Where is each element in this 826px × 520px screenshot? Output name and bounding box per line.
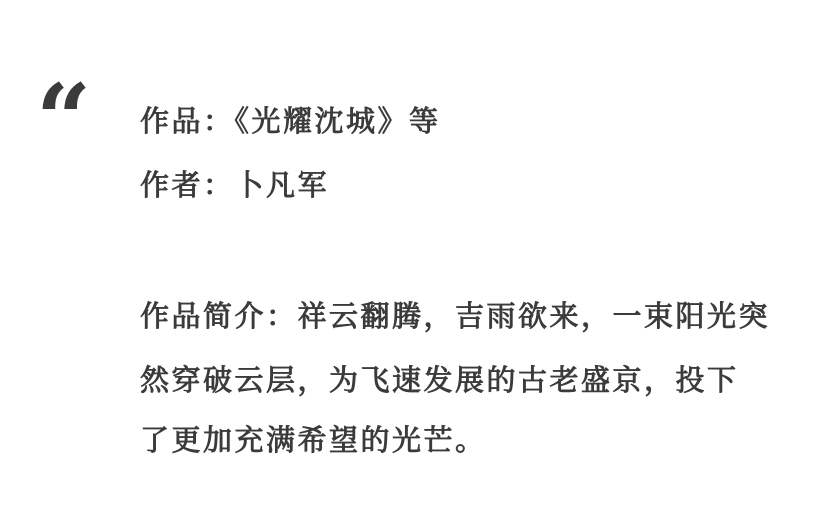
summary-line-1: 作品简介：祥云翻腾，吉雨欲来，一束阳光突 xyxy=(140,296,770,336)
summary-line-2: 然穿破云层，为飞速发展的古老盛京，投下 xyxy=(140,360,739,400)
author-line: 作者：卜凡军 xyxy=(140,165,329,205)
summary-line-3: 了更加充满希望的光芒。 xyxy=(140,420,487,460)
open-quote-icon: “ xyxy=(36,72,85,168)
work-title-line: 作品：《光耀沈城》等 xyxy=(140,101,441,141)
